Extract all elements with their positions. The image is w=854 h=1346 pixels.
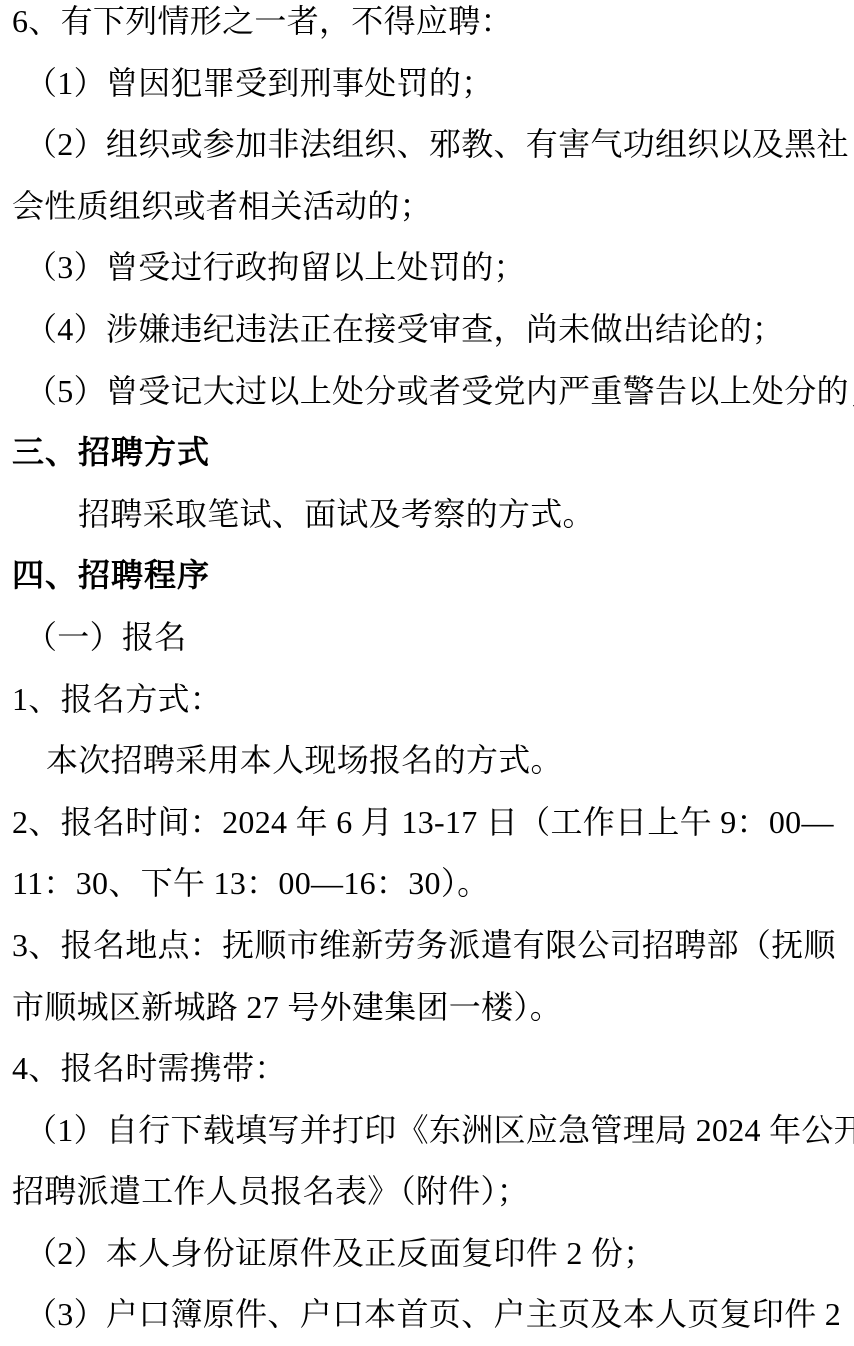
text-line: （5）曾受记大过以上处分或者受党内严重警告以上处分的； — [12, 361, 850, 423]
text-line: 市顺城区新城路 27 号外建集团一楼）。 — [12, 977, 850, 1039]
subsection-heading: （一）报名 — [12, 607, 850, 669]
text-line: 11：30、下午 13：00—16：30）。 — [12, 853, 850, 915]
text-line: （2）组织或参加非法组织、邪教、有害气功组织以及黑社 — [12, 114, 850, 176]
text-line: 2、报名时间：2024 年 6 月 13-17 日（工作日上午 9：00— — [12, 792, 850, 854]
section-heading: 四、招聘程序 — [12, 545, 850, 607]
text-line: （4）涉嫌违纪违法正在接受审查，尚未做出结论的； — [12, 299, 850, 361]
text-line: 4、报名时需携带： — [12, 1038, 850, 1100]
text-line: 6、有下列情形之一者，不得应聘： — [12, 0, 850, 53]
document-body: 6、有下列情形之一者，不得应聘： （1）曾因犯罪受到刑事处罚的； （2）组织或参… — [0, 0, 854, 1346]
text-line: 本次招聘采用本人现场报名的方式。 — [12, 730, 850, 792]
text-line: 招聘采取笔试、面试及考察的方式。 — [12, 484, 850, 546]
text-line: （3）户口簿原件、户口本首页、户主页及本人页复印件 2 — [12, 1284, 850, 1346]
text-line: 招聘派遣工作人员报名表》（附件）； — [12, 1161, 850, 1223]
document-page: 6、有下列情形之一者，不得应聘： （1）曾因犯罪受到刑事处罚的； （2）组织或参… — [0, 0, 854, 1346]
text-line: （1）曾因犯罪受到刑事处罚的； — [12, 53, 850, 115]
text-line: 会性质组织或者相关活动的； — [12, 176, 850, 238]
text-line: （2）本人身份证原件及正反面复印件 2 份； — [12, 1223, 850, 1285]
text-line: （3）曾受过行政拘留以上处罚的； — [12, 237, 850, 299]
text-line: （1）自行下载填写并打印《东洲区应急管理局 2024 年公开 — [12, 1100, 850, 1162]
text-line: 1、报名方式： — [12, 669, 850, 731]
text-line: 3、报名地点：抚顺市维新劳务派遣有限公司招聘部（抚顺 — [12, 915, 850, 977]
section-heading: 三、招聘方式 — [12, 422, 850, 484]
